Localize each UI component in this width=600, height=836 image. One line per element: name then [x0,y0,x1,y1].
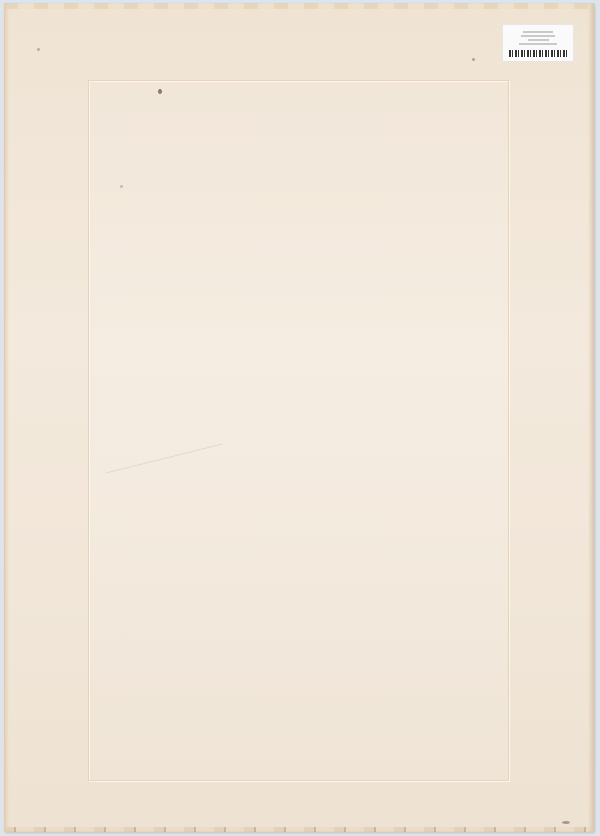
paper-edge-left [4,3,9,832]
stain-spot [37,48,40,51]
barcode [509,50,567,57]
paper-edge-top [4,3,594,9]
stain-spot [472,58,475,61]
label-text-lines [517,31,559,47]
paper-edge-bottom [4,827,594,832]
plate-mark [88,80,509,781]
paper-sheet [4,3,594,832]
collection-label [502,24,574,62]
stain-spot [562,821,570,824]
stain-spot [120,185,123,188]
paper-edge-right [588,3,594,832]
stain-spot [158,89,162,94]
